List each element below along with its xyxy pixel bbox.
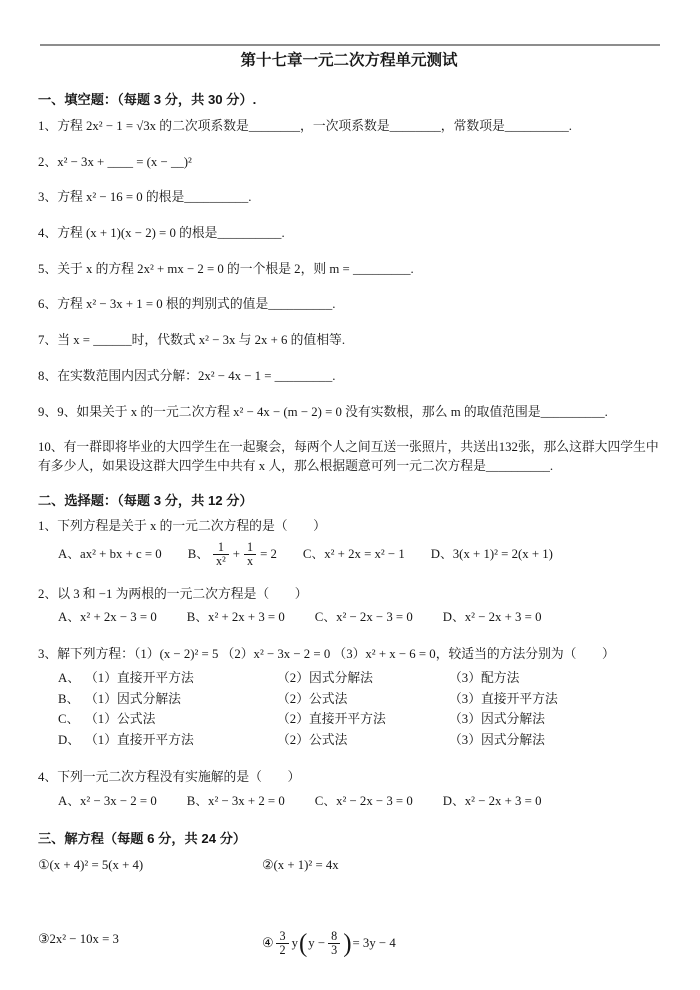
solve-equations-row-1: ①(x + 4)² = 5(x + 4) ②(x + 1)² = 4x xyxy=(38,856,660,875)
choice-4-option-a: A、x² − 3x − 2 = 0 xyxy=(58,792,157,811)
section-2-heading: 二、选择题：（每题 3 分，共 12 分） xyxy=(38,491,660,511)
solve-equation-3: ③2x² − 10x = 3 xyxy=(38,930,262,949)
fill-question-7: 7、当 x = ______时，代数式 x² − 3x 与 2x + 6 的值相… xyxy=(38,331,660,350)
equation-4-rhs: = 3y − 4 xyxy=(353,934,396,953)
choice-1-option-b: B、 1 x² + 1 x = 2 xyxy=(188,541,277,569)
choice-question-3: 3、解下列方程：（1）(x − 2)² = 5 （2）x² − 3x − 2 =… xyxy=(38,645,660,750)
choice-question-3-stem: 3、解下列方程：（1）(x − 2)² = 5 （2）x² − 3x − 2 =… xyxy=(38,645,660,664)
solve-equation-2: ②(x + 1)² = 4x xyxy=(262,856,660,875)
page-title: 第十七章一元二次方程单元测试 xyxy=(38,49,660,72)
choice-question-1-options: A、ax² + bx + c = 0 B、 1 x² + 1 x = 2 C、x… xyxy=(38,541,660,569)
choice-3-option-d: D、 （1）直接开平方法 （2）公式法 （3）因式分解法 xyxy=(38,730,660,751)
choice-3-option-a: A、 （1）直接开平方法 （2）因式分解法 （3）配方法 xyxy=(38,668,660,689)
test-paper-page: 第十七章一元二次方程单元测试 一、填空题：（每题 3 分，共 30 分）. 1、… xyxy=(0,0,700,990)
fill-question-1: 1、方程 2x² − 1 = √3x 的二次项系数是________，一次项系数… xyxy=(38,117,660,136)
choice-question-2-options: A、x² + 2x − 3 = 0 B、x² + 2x + 3 = 0 C、x²… xyxy=(38,608,660,627)
plus-sign: + xyxy=(233,545,240,564)
fraction: 3 2 xyxy=(276,930,288,958)
choice-question-1-stem: 1、下列方程是关于 x 的一元二次方程的是（ ） xyxy=(38,517,660,536)
equation-4-inner: y − xyxy=(308,934,325,953)
choice-2-option-a: A、x² + 2x − 3 = 0 xyxy=(58,608,157,627)
option-b-label: B、 xyxy=(188,545,209,564)
choice-question-3-options: A、 （1）直接开平方法 （2）因式分解法 （3）配方法 B、 （1）因式分解法… xyxy=(38,668,660,750)
choice-question-2-stem: 2、以 3 和 −1 为两根的一元二次方程是（ ） xyxy=(38,585,660,604)
solve-equation-1: ①(x + 4)² = 5(x + 4) xyxy=(38,856,262,875)
choice-4-option-b: B、x² − 3x + 2 = 0 xyxy=(187,792,285,811)
choice-2-option-b: B、x² + 2x + 3 = 0 xyxy=(187,608,285,627)
choice-3-option-c: C、 （1）公式法 （2）直接开平方法 （3）因式分解法 xyxy=(38,709,660,730)
section-1-heading: 一、填空题：（每题 3 分，共 30 分）. xyxy=(38,90,660,110)
fill-question-10: 10、有一群即将毕业的大四学生在一起聚会，每两个人之间互送一张照片，共送出132… xyxy=(38,438,660,476)
choice-2-option-c: C、x² − 2x − 3 = 0 xyxy=(315,608,413,627)
fraction: 8 3 xyxy=(328,930,340,958)
solve-equation-4: ④ 3 2 y ( y − 8 3 ) = 3y − 4 xyxy=(262,930,660,958)
choice-4-option-c: C、x² − 2x − 3 = 0 xyxy=(315,792,413,811)
choice-4-option-d: D、x² − 2x + 3 = 0 xyxy=(443,792,542,811)
choice-question-4: 4、下列一元二次方程没有实施解的是（ ） A、x² − 3x − 2 = 0 B… xyxy=(38,768,660,810)
equation-4-label: ④ xyxy=(262,934,273,953)
choice-question-4-stem: 4、下列一元二次方程没有实施解的是（ ） xyxy=(38,768,660,787)
equals-part: = 2 xyxy=(260,545,277,564)
solve-equations-row-2: ③2x² − 10x = 3 ④ 3 2 y ( y − 8 3 ) = 3y … xyxy=(38,930,660,958)
fill-question-6: 6、方程 x² − 3x + 1 = 0 根的判别式的值是__________. xyxy=(38,295,660,314)
fraction: 1 x² xyxy=(213,541,229,569)
fraction: 1 x xyxy=(244,541,256,569)
choice-3-option-b: B、 （1）因式分解法 （2）公式法 （3）直接开平方法 xyxy=(38,689,660,710)
choice-1-option-c: C、x² + 2x = x² − 1 xyxy=(303,545,405,564)
choice-question-4-options: A、x² − 3x − 2 = 0 B、x² − 3x + 2 = 0 C、x²… xyxy=(38,792,660,811)
fill-question-9: 9、9、如果关于 x 的一元二次方程 x² − 4x − (m − 2) = 0… xyxy=(38,403,660,422)
equation-4-variable: y xyxy=(292,934,298,953)
fill-question-4: 4、方程 (x + 1)(x − 2) = 0 的根是__________. xyxy=(38,224,660,243)
fill-question-5: 5、关于 x 的方程 2x² + mx − 2 = 0 的一个根是 2，则 m … xyxy=(38,260,660,279)
choice-question-1: 1、下列方程是关于 x 的一元二次方程的是（ ） A、ax² + bx + c … xyxy=(38,517,660,568)
choice-2-option-d: D、x² − 2x + 3 = 0 xyxy=(443,608,542,627)
fill-question-3: 3、方程 x² − 16 = 0 的根是__________. xyxy=(38,188,660,207)
fill-question-2: 2、x² − 3x + ____ = (x − __)² xyxy=(38,153,660,172)
choice-1-option-a: A、ax² + bx + c = 0 xyxy=(58,545,162,564)
header-rule xyxy=(40,44,660,46)
choice-1-option-d: D、3(x + 1)² = 2(x + 1) xyxy=(431,545,553,564)
fill-question-8: 8、在实数范围内因式分解：2x² − 4x − 1 = _________. xyxy=(38,367,660,386)
choice-question-2: 2、以 3 和 −1 为两根的一元二次方程是（ ） A、x² + 2x − 3 … xyxy=(38,585,660,627)
section-3-heading: 三、解方程（每题 6 分，共 24 分） xyxy=(38,829,660,849)
